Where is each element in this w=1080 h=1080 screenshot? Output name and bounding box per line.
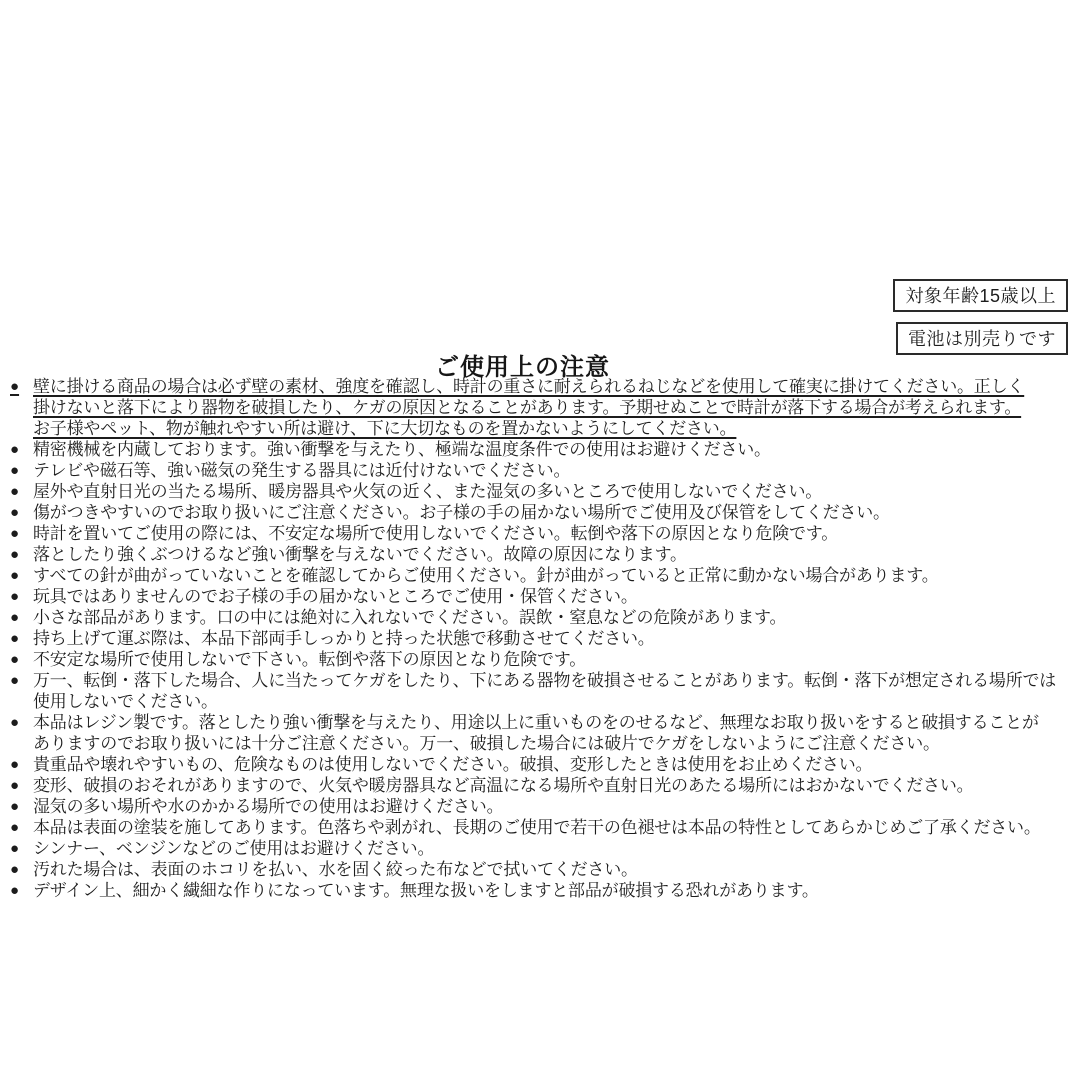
precautions-list: ● 壁に掛ける商品の場合は必ず壁の素材、強度を確認し、時計の重さに耐えられるねじ…: [10, 376, 1076, 901]
bullet-icon: ●: [10, 754, 33, 775]
bullet-icon: ●: [10, 712, 33, 733]
notice-item-fall-injury: ● 万一、転倒・落下した場合、人に当たってケガをしたり、下にある器物を破損させる…: [10, 670, 1076, 712]
notice-item-not-a-toy: ● 玩具ではありませんのでお子様の手の届かないところでご使用・保管ください。: [10, 586, 1076, 607]
bullet-icon: ●: [10, 523, 33, 544]
bullet-icon: ●: [10, 817, 33, 838]
notice-text: 持ち上げて運ぶ際は、本品下部両手しっかりと持った状態で移動させてください。: [33, 628, 1076, 649]
notice-text: 本品はレジン製です。落としたり強い衝撃を与えたり、用途以上に重いものをのせるなど…: [33, 712, 1076, 754]
bullet-icon: ●: [10, 439, 33, 460]
notice-text: 精密機械を内蔵しております。強い衝撃を与えたり、極端な温度条件での使用はお避けく…: [33, 439, 1076, 460]
bullet-icon: ●: [10, 502, 33, 523]
notice-text: すべての針が曲がっていないことを確認してからご使用ください。針が曲がっていると正…: [33, 565, 1076, 586]
bullet-icon: ●: [10, 670, 33, 691]
notice-item-resin-made: ● 本品はレジン製です。落としたり強い衝撃を与えたり、用途以上に重いものをのせる…: [10, 712, 1076, 754]
notice-text: 不安定な場所で使用しないで下さい。転倒や落下の原因となり危険です。: [33, 649, 1076, 670]
bullet-icon: ●: [10, 586, 33, 607]
notice-text: 貴重品や壊れやすいもの、危険なものは使用しないでください。破損、変形したときは使…: [33, 754, 1076, 775]
notice-item-thinner: ● シンナー、ベンジンなどのご使用はお避けください。: [10, 838, 1076, 859]
bullet-icon: ●: [10, 796, 33, 817]
notice-text: 汚れた場合は、表面のホコリを払い、水を固く絞った布などで拭いてください。: [33, 859, 1076, 880]
bullet-icon: ●: [10, 376, 33, 397]
notice-item-humidity: ● 湿気の多い場所や水のかかる場所での使用はお避けください。: [10, 796, 1076, 817]
bullet-icon: ●: [10, 775, 33, 796]
notice-item-unstable-place: ● 時計を置いてご使用の際には、不安定な場所で使用しないでください。転倒や落下の…: [10, 523, 1076, 544]
notice-text: 時計を置いてご使用の際には、不安定な場所で使用しないでください。転倒や落下の原因…: [33, 523, 1076, 544]
notice-item-wall-mount: ● 壁に掛ける商品の場合は必ず壁の素材、強度を確認し、時計の重さに耐えられるねじ…: [10, 376, 1076, 439]
bullet-icon: ●: [10, 565, 33, 586]
notice-item-carrying: ● 持ち上げて運ぶ際は、本品下部両手しっかりと持った状態で移動させてください。: [10, 628, 1076, 649]
bullet-icon: ●: [10, 481, 33, 502]
notice-item-paint-fading: ● 本品は表面の塗装を施してあります。色落ちや剥がれ、長期のご使用で若干の色褪せ…: [10, 817, 1076, 838]
notice-text: 落としたり強くぶつけるなど強い衝撃を与えないでください。故障の原因になります。: [33, 544, 1076, 565]
notice-text: 小さな部品があります。口の中には絶対に入れないでください。誤飲・窒息などの危険が…: [33, 607, 1076, 628]
notice-text: 変形、破損のおそれがありますので、火気や暖房器具など高温になる場所や直射日光のあ…: [33, 775, 1076, 796]
bullet-icon: ●: [10, 460, 33, 481]
bullet-icon: ●: [10, 880, 33, 901]
notice-item-valuables: ● 貴重品や壊れやすいもの、危険なものは使用しないでください。破損、変形したとき…: [10, 754, 1076, 775]
notice-text: 玩具ではありませんのでお子様の手の届かないところでご使用・保管ください。: [33, 586, 1076, 607]
notice-text: 傷がつきやすいのでお取り扱いにご注意ください。お子様の手の届かない場所でご使用及…: [33, 502, 1076, 523]
notice-item-scratch: ● 傷がつきやすいのでお取り扱いにご注意ください。お子様の手の届かない場所でご使…: [10, 502, 1076, 523]
bullet-icon: ●: [10, 859, 33, 880]
bullet-icon: ●: [10, 607, 33, 628]
notice-text: 本品は表面の塗装を施してあります。色落ちや剥がれ、長期のご使用で若干の色褪せは本…: [33, 817, 1076, 838]
notice-text: 壁に掛ける商品の場合は必ず壁の素材、強度を確認し、時計の重さに耐えられるねじなど…: [33, 376, 1076, 439]
notice-text: テレビや磁石等、強い磁気の発生する器具には近付けないでください。: [33, 460, 1076, 481]
notice-text: 屋外や直射日光の当たる場所、暖房器具や火気の近く、また湿気の多いところで使用しな…: [33, 481, 1076, 502]
notice-item-unstable-warning: ● 不安定な場所で使用しないで下さい。転倒や落下の原因となり危険です。: [10, 649, 1076, 670]
notice-item-magnetism: ● テレビや磁石等、強い磁気の発生する器具には近付けないでください。: [10, 460, 1076, 481]
bullet-icon: ●: [10, 649, 33, 670]
notice-text: デザイン上、細かく繊細な作りになっています。無理な扱いをしますと部品が破損する恐…: [33, 880, 1076, 901]
bullet-icon: ●: [10, 838, 33, 859]
notice-item-small-parts: ● 小さな部品があります。口の中には絶対に入れないでください。誤飲・窒息などの危…: [10, 607, 1076, 628]
notice-text: 万一、転倒・落下した場合、人に当たってケガをしたり、下にある器物を破損させること…: [33, 670, 1076, 712]
bullet-icon: ●: [10, 544, 33, 565]
notice-text: シンナー、ベンジンなどのご使用はお避けください。: [33, 838, 1076, 859]
target-age-badge: 対象年齢15歳以上: [893, 279, 1068, 312]
notice-item-hands-bent: ● すべての針が曲がっていないことを確認してからご使用ください。針が曲がっている…: [10, 565, 1076, 586]
notice-item-delicate-design: ● デザイン上、細かく繊細な作りになっています。無理な扱いをしますと部品が破損す…: [10, 880, 1076, 901]
notice-text: 湿気の多い場所や水のかかる場所での使用はお避けください。: [33, 796, 1076, 817]
info-badges: 対象年齢15歳以上 電池は別売りです: [893, 279, 1068, 355]
notice-item-precision-machine: ● 精密機械を内蔵しております。強い衝撃を与えたり、極端な温度条件での使用はお避…: [10, 439, 1076, 460]
notice-item-cleaning: ● 汚れた場合は、表面のホコリを払い、水を固く絞った布などで拭いてください。: [10, 859, 1076, 880]
notice-item-impact: ● 落としたり強くぶつけるなど強い衝撃を与えないでください。故障の原因になります…: [10, 544, 1076, 565]
notice-item-heat-deform: ● 変形、破損のおそれがありますので、火気や暖房器具など高温になる場所や直射日光…: [10, 775, 1076, 796]
bullet-icon: ●: [10, 628, 33, 649]
notice-item-sunlight: ● 屋外や直射日光の当たる場所、暖房器具や火気の近く、また湿気の多いところで使用…: [10, 481, 1076, 502]
